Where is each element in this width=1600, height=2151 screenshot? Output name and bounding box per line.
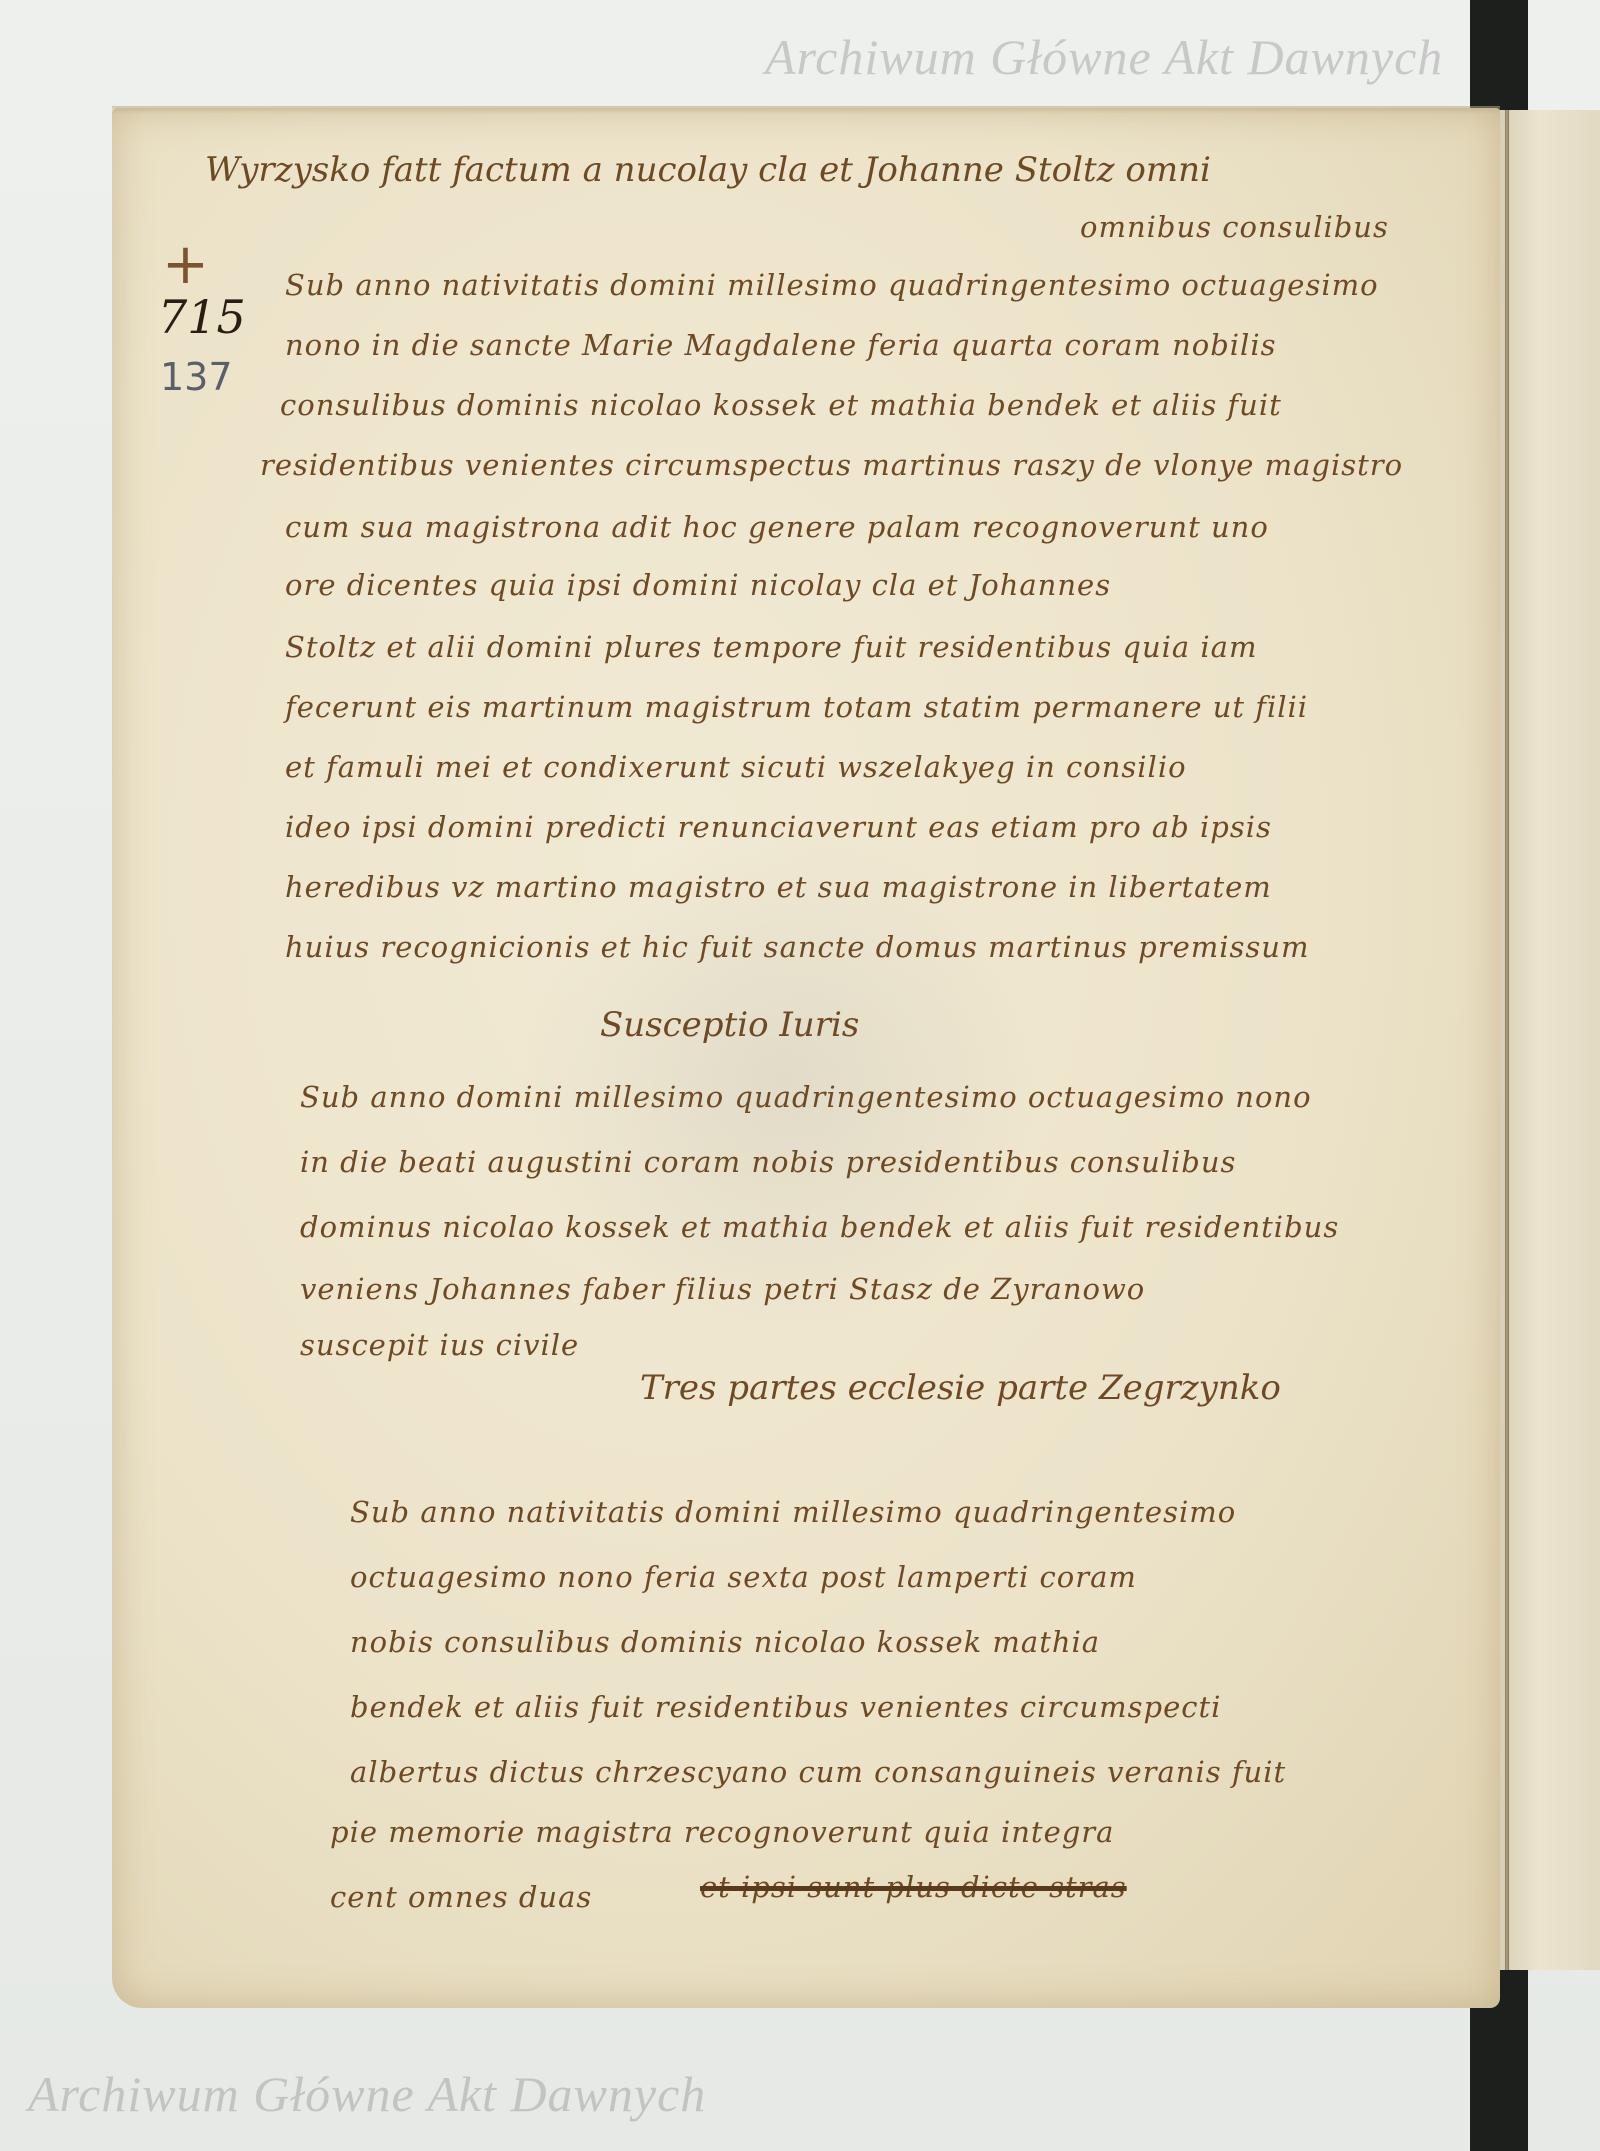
struck-out-text: et ipsi sunt plus dicte stras [700, 1870, 1127, 1904]
folio-number-pencil: 137 [160, 355, 233, 399]
entry3-line: cent omnes duas [330, 1880, 592, 1914]
archive-watermark-bottom: Archiwum Główne Akt Dawnych [28, 2065, 706, 2123]
entry1-line: fecerunt eis martinum magistrum totam st… [285, 690, 1308, 724]
entry1-line: residentibus venientes circumspectus mar… [260, 448, 1403, 482]
entry3-line: octuagesimo nono feria sexta post lamper… [350, 1560, 1137, 1594]
entry1-line: et famuli mei et condixerunt sicuti wsze… [285, 750, 1187, 784]
entry1-line: nono in die sancte Marie Magdalene feria… [285, 328, 1276, 362]
entry1-line: consulibus dominis nicolao kossek et mat… [280, 388, 1282, 422]
entry1-line: cum sua magistrona adit hoc genere palam… [285, 510, 1269, 544]
entry3-line: albertus dictus chrzescyano cum consangu… [350, 1755, 1286, 1789]
margin-cross-mark: + [162, 232, 209, 297]
entry1-line: heredibus vz martino magistro et sua mag… [285, 870, 1272, 904]
archive-watermark-top: Archiwum Główne Akt Dawnych [765, 28, 1443, 86]
entry2-line: Sub anno domini millesimo quadringentesi… [300, 1080, 1312, 1114]
entry3-line: bendek et aliis fuit residentibus venien… [350, 1690, 1221, 1724]
entry2-line: in die beati augustini coram nobis presi… [300, 1145, 1236, 1179]
entry1-line: huius recognicionis et hic fuit sancte d… [285, 930, 1309, 964]
binding-strip-top [1470, 0, 1528, 110]
entry1-line: Sub anno nativitatis domini millesimo qu… [285, 268, 1379, 302]
entry2-line: dominus nicolao kossek et mathia bendek … [300, 1210, 1339, 1244]
section-heading-susceptio: Susceptio Iuris [600, 1005, 859, 1045]
entry2-line: veniens Johannes faber filius petri Stas… [300, 1272, 1145, 1306]
entry3-line: pie memorie magistra recognoverunt quia … [330, 1815, 1114, 1849]
entry3-line: nobis consulibus dominis nicolao kossek … [350, 1625, 1100, 1659]
entry1-line: ore dicentes quia ipsi domini nicolay cl… [285, 568, 1111, 602]
adjacent-page-edge [1500, 110, 1600, 1970]
entry1-line: Stoltz et alii domini plures tempore fui… [285, 630, 1257, 664]
folio-number-ink: 715 [158, 290, 246, 344]
page-edge-shadow [112, 106, 1500, 114]
binding-fold [1505, 110, 1509, 1970]
section-heading-tres-partes: Tres partes ecclesie parte Zegrzynko [640, 1368, 1281, 1408]
entry3-line: Sub anno nativitatis domini millesimo qu… [350, 1495, 1236, 1529]
entry-title-continuation: omnibus consulibus [1080, 210, 1389, 244]
entry1-line: ideo ipsi domini predicti renunciaverunt… [285, 810, 1272, 844]
entry2-line: suscepit ius civile [300, 1328, 579, 1362]
entry-title: Wyrzysko fatt factum a nucolay cla et Jo… [205, 150, 1211, 190]
